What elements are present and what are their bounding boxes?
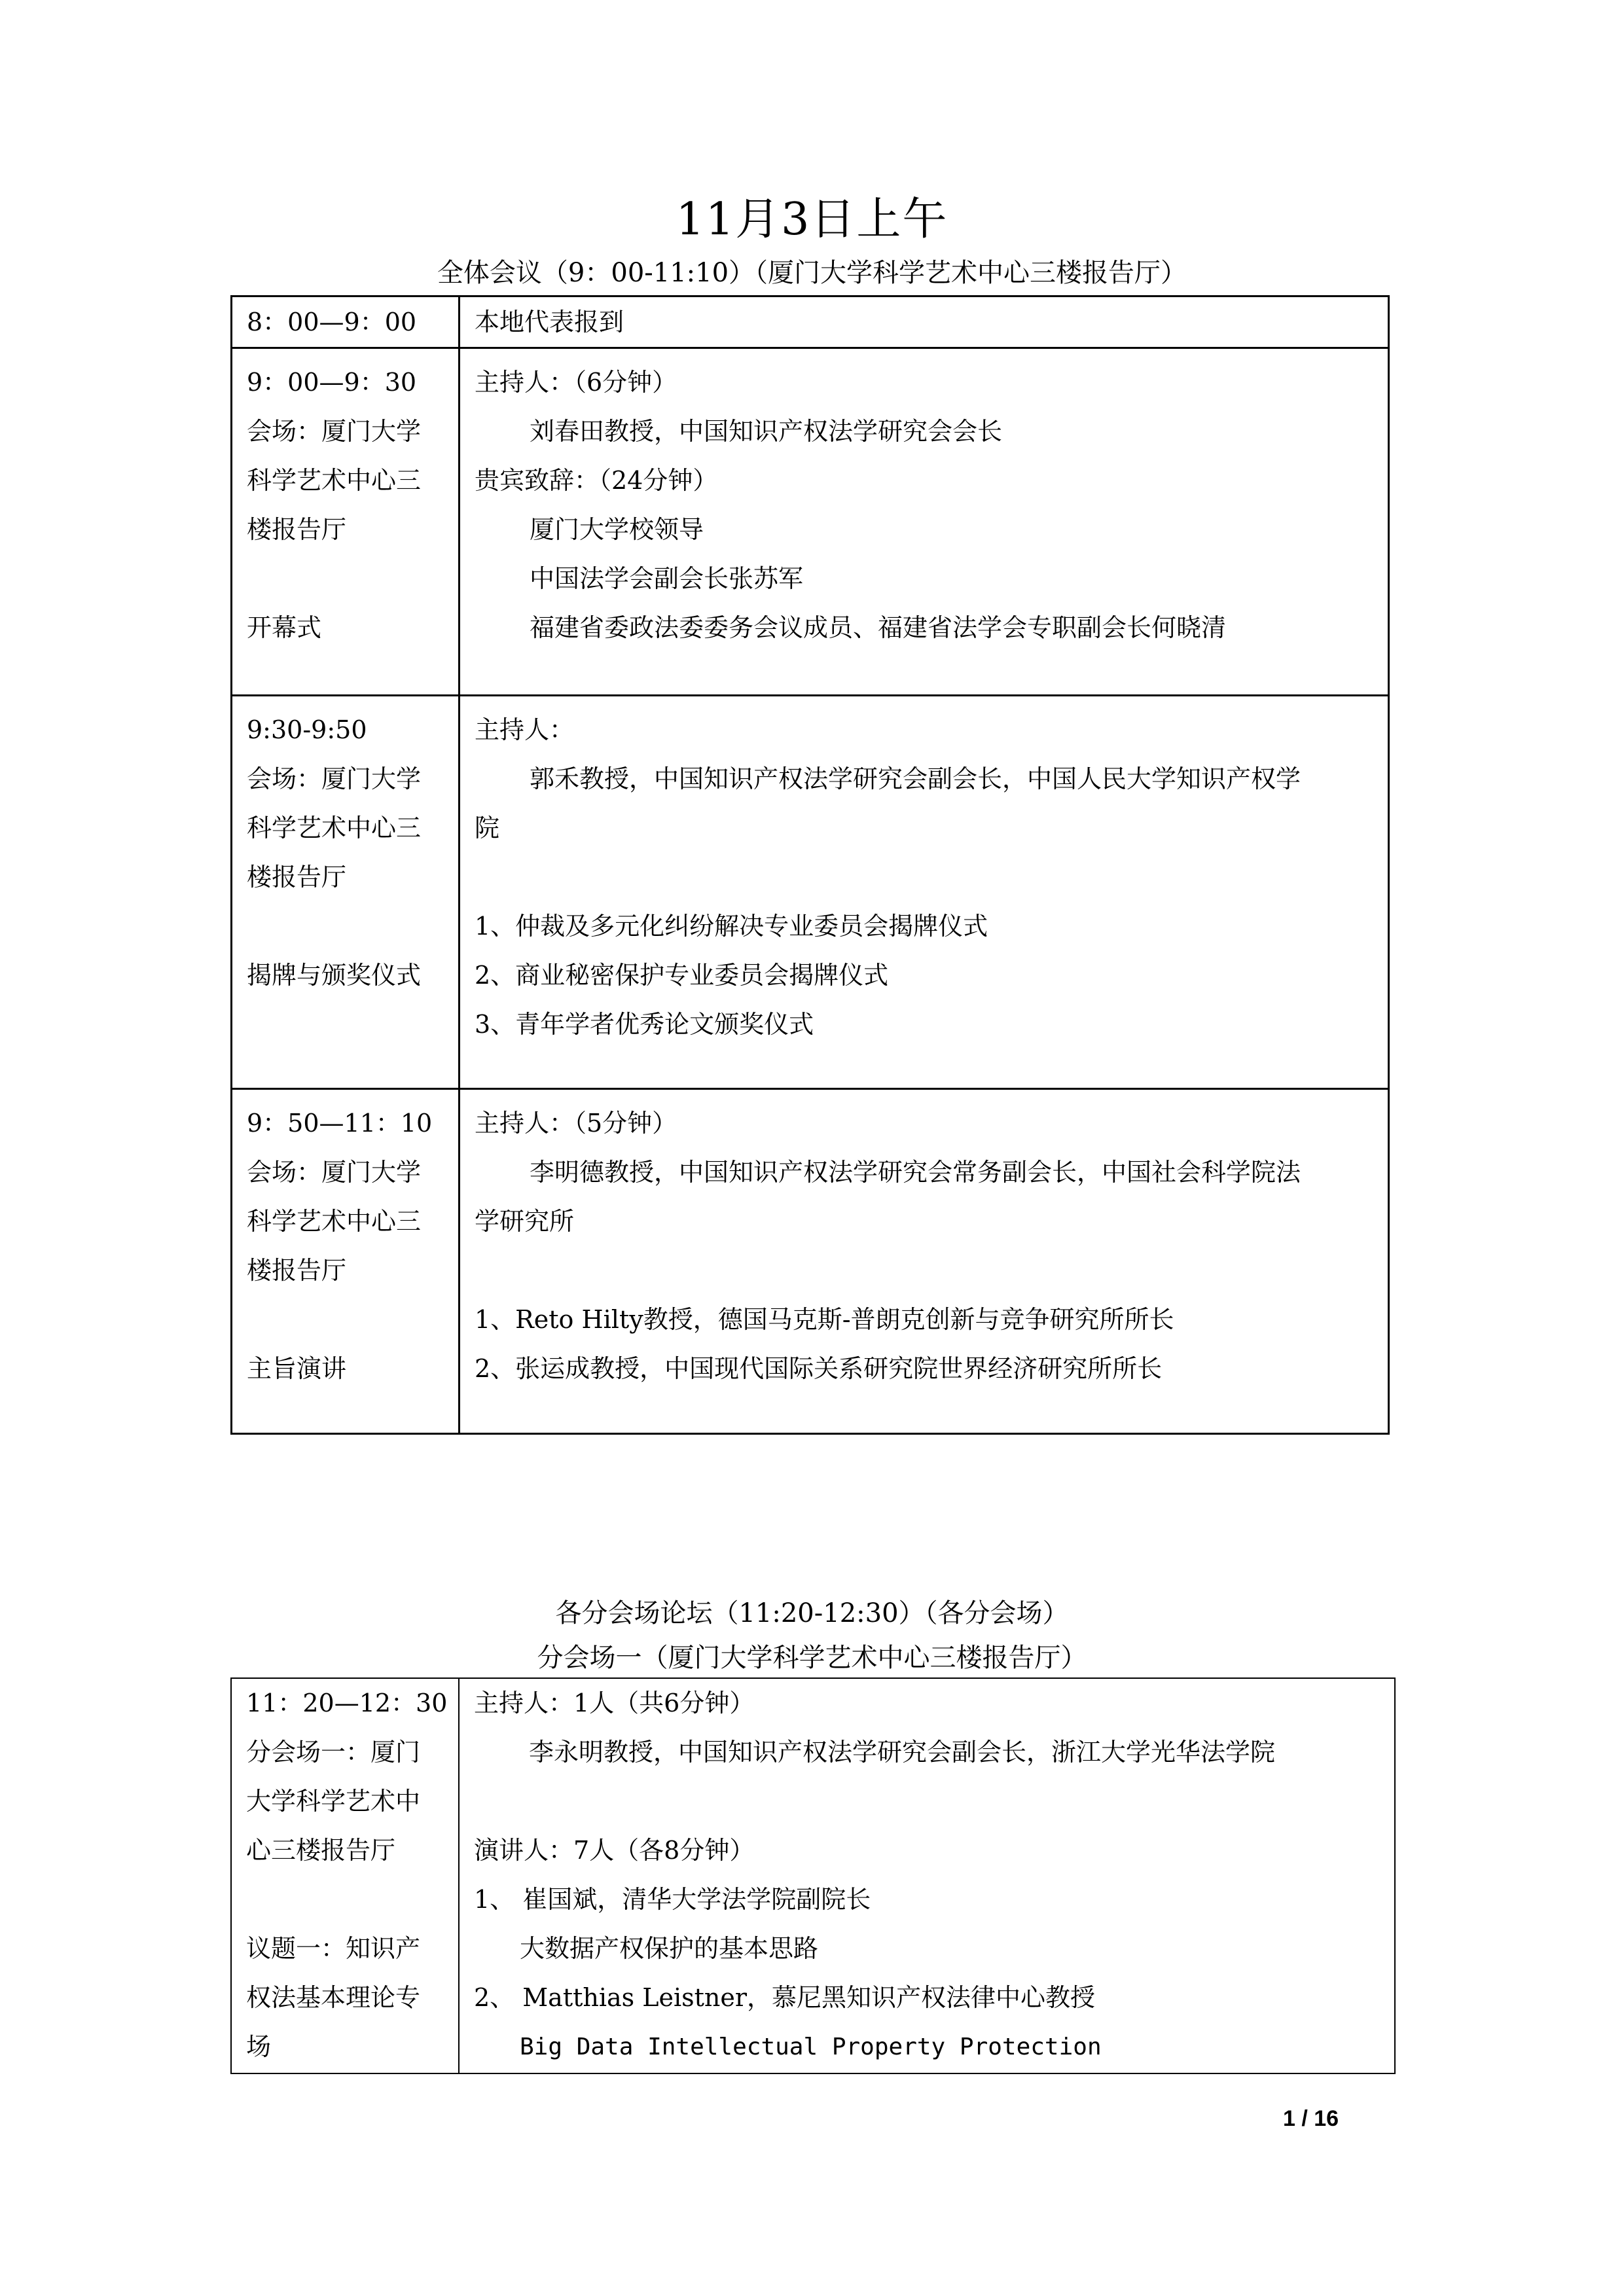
venue-text: 会场：厦门大学	[247, 407, 445, 456]
content-line: 演讲人：7人（各8分钟）	[474, 1826, 1381, 1875]
breakout-schedule-table: 11：20—12：30 分会场一：厦门 大学科学艺术中 心三楼报告厅 议题一：知…	[230, 1677, 1396, 2074]
content-line: Big Data Intellectual Property Protectio…	[474, 2022, 1381, 2072]
time-cell: 11：20—12：30 分会场一：厦门 大学科学艺术中 心三楼报告厅 议题一：知…	[231, 1678, 459, 2073]
content-line: 2、张运成教授，中国现代国际关系研究院世界经济研究所所长	[475, 1344, 1375, 1393]
venue-text: 楼报告厅	[247, 1246, 445, 1295]
topic-text: 议题一：知识产	[246, 1924, 445, 1973]
page-title: 11月3日上午	[0, 194, 1624, 246]
content-line: 本地代表报到	[475, 298, 1375, 347]
time-text: 9：50—11：10	[247, 1099, 445, 1148]
content-line: 福建省委政法委委务会议成员、福建省法学会专职副会长何晓清	[475, 603, 1375, 653]
time-cell: 9:30-9:50 会场：厦门大学 科学艺术中心三 楼报告厅 揭牌与颁奖仪式	[232, 696, 460, 1089]
content-line: 刘春田教授，中国知识产权法学研究会会长	[475, 407, 1375, 456]
plenary-heading: 全体会议（9：00-11:10）（厦门大学科学艺术中心三楼报告厅）	[0, 257, 1624, 289]
time-cell: 9：00—9：30 会场：厦门大学 科学艺术中心三 楼报告厅 开幕式	[232, 348, 460, 696]
venue-text: 楼报告厅	[247, 853, 445, 902]
session-name: 开幕式	[247, 603, 445, 653]
table-row: 11：20—12：30 分会场一：厦门 大学科学艺术中 心三楼报告厅 议题一：知…	[231, 1678, 1395, 2073]
content-line: 院	[475, 804, 1375, 853]
content-line: 贵宾致辞：（24分钟）	[475, 456, 1375, 505]
content-line: 李永明教授，中国知识产权法学研究会副会长，浙江大学光华法学院	[474, 1728, 1381, 1777]
content-line: 1、 崔国斌，清华大学法学院副院长	[474, 1875, 1381, 1924]
content-line: 学研究所	[475, 1197, 1375, 1246]
session-name: 主旨演讲	[247, 1344, 445, 1393]
time-text: 8：00—9：00	[247, 298, 445, 347]
table-row: 9:30-9:50 会场：厦门大学 科学艺术中心三 楼报告厅 揭牌与颁奖仪式 主…	[232, 696, 1389, 1089]
content-line: 1、Reto Hilty教授，德国马克斯-普朗克创新与竞争研究所所长	[475, 1295, 1375, 1344]
time-cell: 9：50—11：10 会场：厦门大学 科学艺术中心三 楼报告厅 主旨演讲	[232, 1089, 460, 1434]
content-line: 中国法学会副会长张苏军	[475, 554, 1375, 603]
content-cell: 主持人： 郭禾教授，中国知识产权法学研究会副会长，中国人民大学知识产权学 院 1…	[460, 696, 1389, 1089]
venue-text: 分会场一：厦门	[246, 1728, 445, 1777]
content-line: 1、仲裁及多元化纠纷解决专业委员会揭牌仪式	[475, 902, 1375, 951]
content-line: 2、商业秘密保护专业委员会揭牌仪式	[475, 951, 1375, 1000]
topic-text: 场	[246, 2022, 445, 2072]
content-cell: 主持人：（5分钟） 李明德教授，中国知识产权法学研究会常务副会长，中国社会科学院…	[460, 1089, 1389, 1434]
content-line: 2、 Matthias Leistner，慕尼黑知识产权法律中心教授	[474, 1973, 1381, 2022]
content-line: 主持人：（5分钟）	[475, 1099, 1375, 1148]
venue-text: 大学科学艺术中	[246, 1777, 445, 1826]
page-number: 1 / 16	[1283, 2106, 1339, 2132]
content-cell: 本地代表报到	[460, 296, 1389, 348]
content-line: 厦门大学校领导	[475, 505, 1375, 554]
time-cell: 8：00—9：00	[232, 296, 460, 348]
venue-text: 会场：厦门大学	[247, 755, 445, 804]
breakout-subheading: 分会场一（厦门大学科学艺术中心三楼报告厅）	[0, 1641, 1624, 1674]
content-line: 主持人：（6分钟）	[475, 358, 1375, 407]
venue-text: 科学艺术中心三	[247, 804, 445, 853]
content-line: 主持人：1人（共6分钟）	[474, 1679, 1381, 1728]
content-line: 3、青年学者优秀论文颁奖仪式	[475, 1000, 1375, 1049]
content-cell: 主持人：1人（共6分钟） 李永明教授，中国知识产权法学研究会副会长，浙江大学光华…	[459, 1678, 1395, 2073]
content-cell: 主持人：（6分钟） 刘春田教授，中国知识产权法学研究会会长 贵宾致辞：（24分钟…	[460, 348, 1389, 696]
venue-text: 楼报告厅	[247, 505, 445, 554]
content-line: 主持人：	[475, 706, 1375, 755]
venue-text: 科学艺术中心三	[247, 456, 445, 505]
time-text: 9:30-9:50	[247, 706, 445, 755]
content-line: 大数据产权保护的基本思路	[474, 1924, 1381, 1973]
content-line: 郭禾教授，中国知识产权法学研究会副会长，中国人民大学知识产权学	[475, 755, 1375, 804]
table-row: 9：00—9：30 会场：厦门大学 科学艺术中心三 楼报告厅 开幕式 主持人：（…	[232, 348, 1389, 696]
venue-text: 心三楼报告厅	[246, 1826, 445, 1875]
table-row: 9：50—11：10 会场：厦门大学 科学艺术中心三 楼报告厅 主旨演讲 主持人…	[232, 1089, 1389, 1434]
breakout-heading: 各分会场论坛（11:20-12:30）（各分会场）	[0, 1597, 1624, 1630]
time-text: 9：00—9：30	[247, 358, 445, 407]
table-row: 8：00—9：00 本地代表报到	[232, 296, 1389, 348]
plenary-schedule-table: 8：00—9：00 本地代表报到 9：00—9：30 会场：厦门大学 科学艺术中…	[230, 295, 1390, 1435]
content-line: 李明德教授，中国知识产权法学研究会常务副会长，中国社会科学院法	[475, 1148, 1375, 1197]
session-name: 揭牌与颁奖仪式	[247, 951, 445, 1000]
topic-text: 权法基本理论专	[246, 1973, 445, 2022]
time-text: 11：20—12：30	[246, 1679, 445, 1728]
venue-text: 科学艺术中心三	[247, 1197, 445, 1246]
venue-text: 会场：厦门大学	[247, 1148, 445, 1197]
